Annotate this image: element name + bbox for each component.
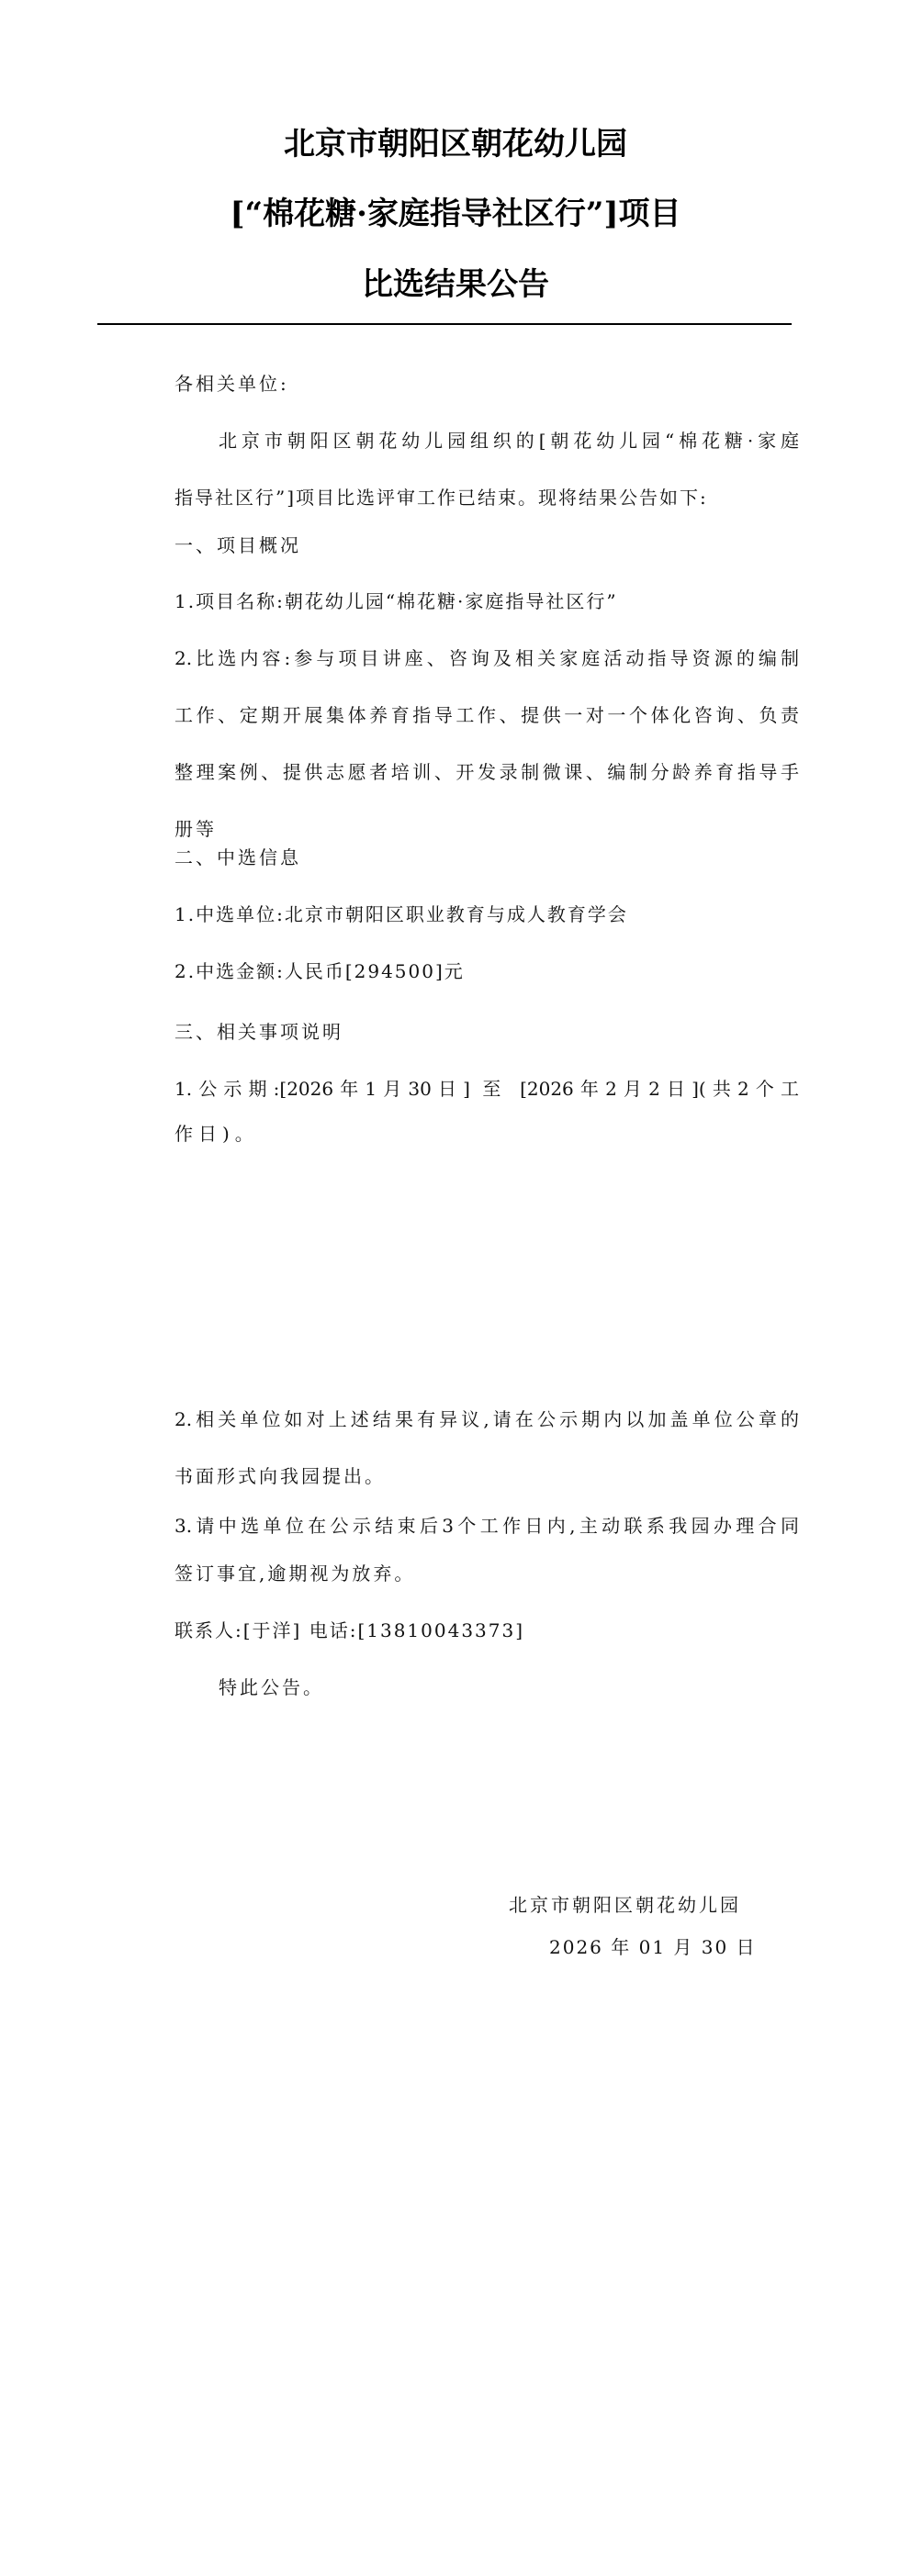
section1-heading: 一、项目概况 — [174, 532, 799, 558]
selection-content-line-3: 整理案例、提供志愿者培训、开发录制微课、编制分龄养育指导手 — [174, 759, 799, 785]
signature-organization: 北京市朝阳区朝花幼儿园 — [509, 1892, 741, 1918]
project-name: 1.项目名称:朝花幼儿园“棉花糖·家庭指导社区行” — [174, 588, 799, 614]
intro-line-2: 指导社区行”]项目比选评审工作已结束。现将结果公告如下: — [174, 485, 799, 510]
objection-line-1: 2.相关单位如对上述结果有异议,请在公示期内以加盖单位公章的 — [174, 1406, 799, 1432]
intro-line-1: 北京市朝阳区朝花幼儿园组织的[朝花幼儿园“棉花糖·家庭 — [219, 428, 799, 454]
title-line-2: [“棉花糖·家庭指导社区行”]项目 — [0, 194, 911, 234]
publicity-period-line-2: 作日)。 — [174, 1121, 799, 1147]
section2-heading: 二、中选信息 — [174, 845, 799, 870]
signature-date: 2026 年 01 月 30 日 — [549, 1934, 757, 1960]
contract-line-2: 签订事宜,逾期视为放弃。 — [174, 1561, 799, 1586]
section3-heading: 三、相关事项说明 — [174, 1019, 799, 1045]
selected-unit: 1.中选单位:北京市朝阳区职业教育与成人教育学会 — [174, 902, 799, 927]
title-line-1: 北京市朝阳区朝花幼儿园 — [0, 124, 911, 164]
title-line-3: 比选结果公告 — [0, 264, 911, 305]
selection-content-line-4: 册等 — [174, 816, 799, 842]
contract-line-1: 3.请中选单位在公示结束后3个工作日内,主动联系我园办理合同 — [174, 1513, 799, 1539]
publicity-period-line-1: 1.公示期:[2026年1月30日] 至 [2026年2月2日](共2个工 — [174, 1076, 799, 1102]
objection-line-2: 书面形式向我园提出。 — [174, 1463, 799, 1489]
title-divider — [97, 323, 792, 325]
selection-content-line-2: 工作、定期开展集体养育指导工作、提供一对一个体化咨询、负责 — [174, 702, 799, 728]
closing-statement: 特此公告。 — [219, 1674, 799, 1700]
selected-amount: 2.中选金额:人民币[294500]元 — [174, 958, 799, 984]
contact-info: 联系人:[于洋] 电话:[13810043373] — [174, 1618, 799, 1643]
document-page: 北京市朝阳区朝花幼儿园 [“棉花糖·家庭指导社区行”]项目 比选结果公告 各相关… — [0, 0, 911, 2576]
selection-content-line-1: 2.比选内容:参与项目讲座、咨询及相关家庭活动指导资源的编制 — [174, 645, 799, 671]
salutation: 各相关单位: — [174, 371, 799, 397]
